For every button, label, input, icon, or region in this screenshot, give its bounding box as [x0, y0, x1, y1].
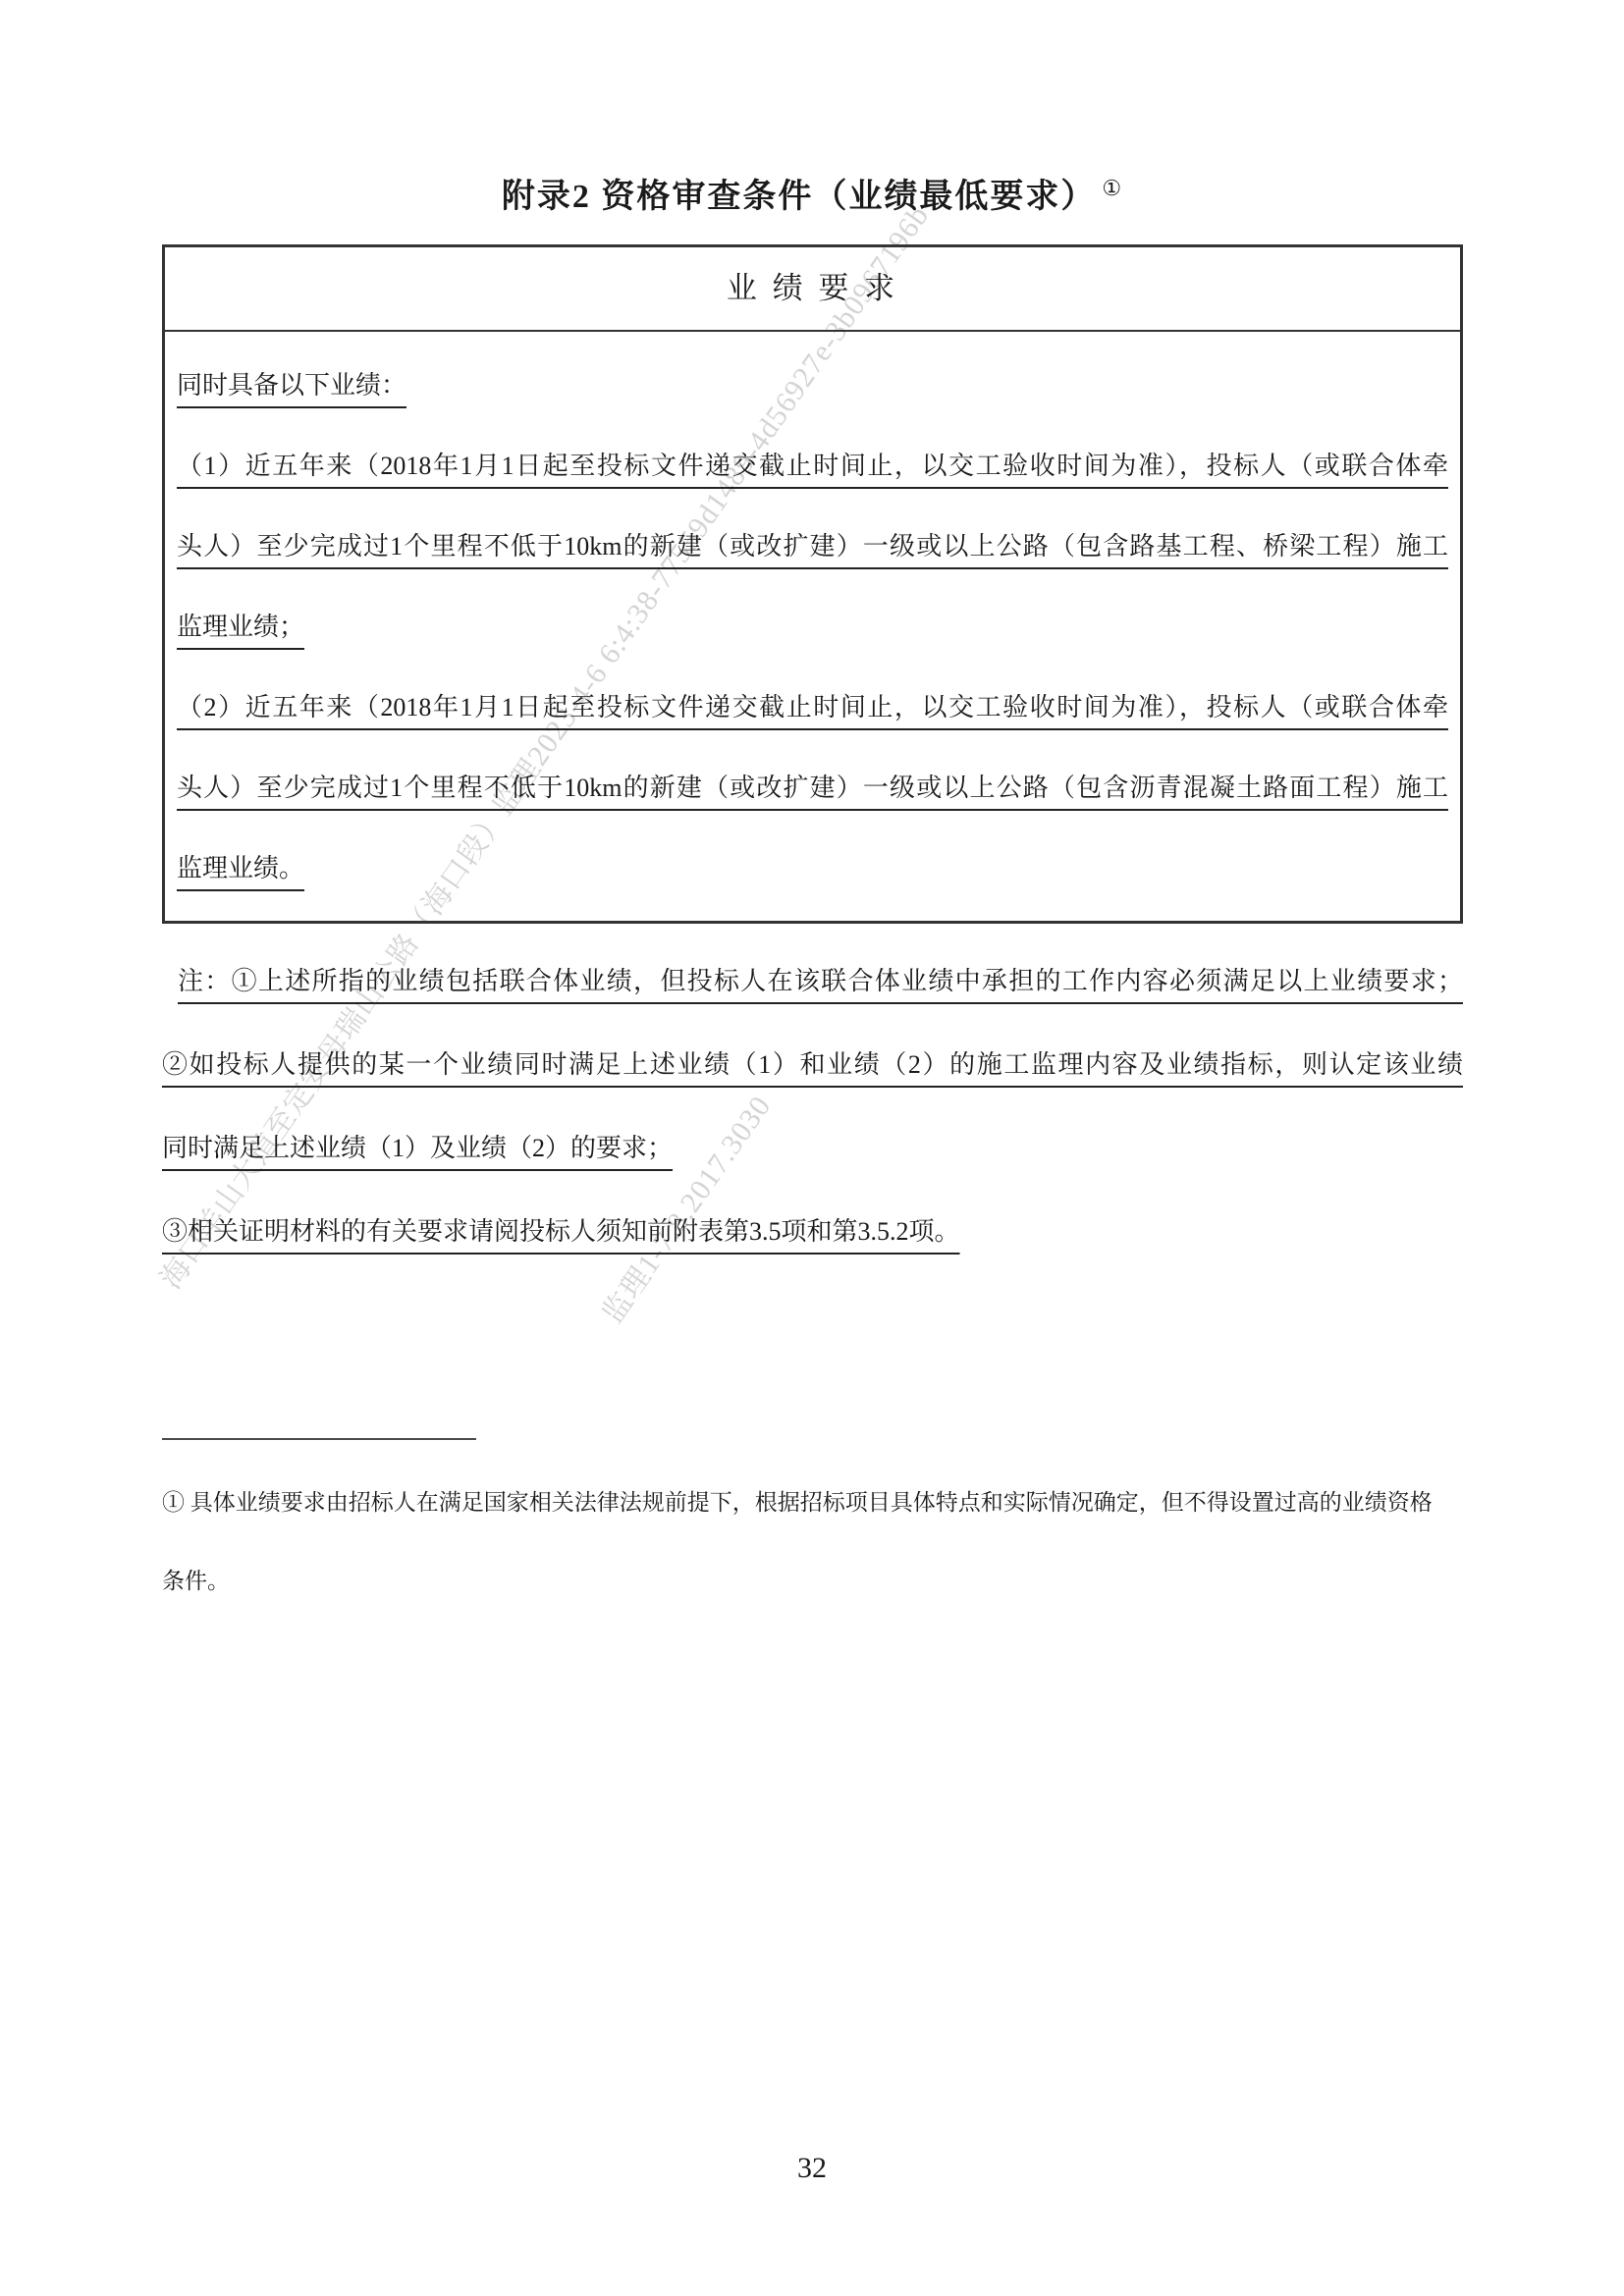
document-page: 附录2 资格审查条件（业绩最低要求）① 业 绩 要 求 同时具备以下业绩： （1… — [162, 0, 1463, 1621]
requirement-2-line-2: 头人）至少完成过1个里程不低于10km的新建（或改扩建）一级或以上公路（包含沥青… — [177, 748, 1448, 828]
requirement-1-line-1: （1）近五年来（2018年1月1日起至投标文件递交截止时间止，以交工验收时间为准… — [177, 426, 1448, 507]
performance-requirements-table: 业 绩 要 求 同时具备以下业绩： （1）近五年来（2018年1月1日起至投标文… — [162, 244, 1463, 924]
title-footnote-marker: ① — [1102, 176, 1123, 200]
requirement-2-line-3: 监理业绩。 — [177, 828, 1448, 909]
table-intro-line: 同时具备以下业绩： — [177, 346, 1448, 426]
note-line-2: ②如投标人提供的某一个业绩同时满足上述业绩（1）和业绩（2）的施工监理内容及业绩… — [162, 1023, 1463, 1106]
page-number: 32 — [0, 2152, 1624, 2185]
footnote-line-1: ① 具体业绩要求由招标人在满足国家相关法律法规前提下，根据招标项目具体特点和实际… — [162, 1464, 1463, 1542]
note-line-1: 注：①上述所指的业绩包括联合体业绩，但投标人在该联合体业绩中承担的工作内容必须满… — [162, 939, 1463, 1023]
page-title: 附录2 资格审查条件（业绩最低要求）① — [162, 0, 1463, 217]
notes-section: 注：①上述所指的业绩包括联合体业绩，但投标人在该联合体业绩中承担的工作内容必须满… — [162, 939, 1463, 1273]
note-line-3: 同时满足上述业绩（1）及业绩（2）的要求； — [162, 1106, 1463, 1190]
footnote-section: ① 具体业绩要求由招标人在满足国家相关法律法规前提下，根据招标项目具体特点和实际… — [162, 1464, 1463, 1621]
note-line-4: ③相关证明材料的有关要求请阅投标人须知前附表第3.5项和第3.5.2项。 — [162, 1190, 1463, 1273]
requirement-1-line-3: 监理业绩； — [177, 587, 1448, 667]
footnote-separator — [162, 1438, 476, 1440]
requirement-2-line-1: （2）近五年来（2018年1月1日起至投标文件递交截止时间止，以交工验收时间为准… — [177, 667, 1448, 748]
footnote-line-2: 条件。 — [162, 1542, 1463, 1621]
table-body: 同时具备以下业绩： （1）近五年来（2018年1月1日起至投标文件递交截止时间止… — [165, 332, 1460, 921]
requirement-1-line-2: 头人）至少完成过1个里程不低于10km的新建（或改扩建）一级或以上公路（包含路基… — [177, 507, 1448, 587]
table-header: 业 绩 要 求 — [165, 247, 1460, 332]
page-title-text: 附录2 资格审查条件（业绩最低要求） — [502, 179, 1097, 215]
